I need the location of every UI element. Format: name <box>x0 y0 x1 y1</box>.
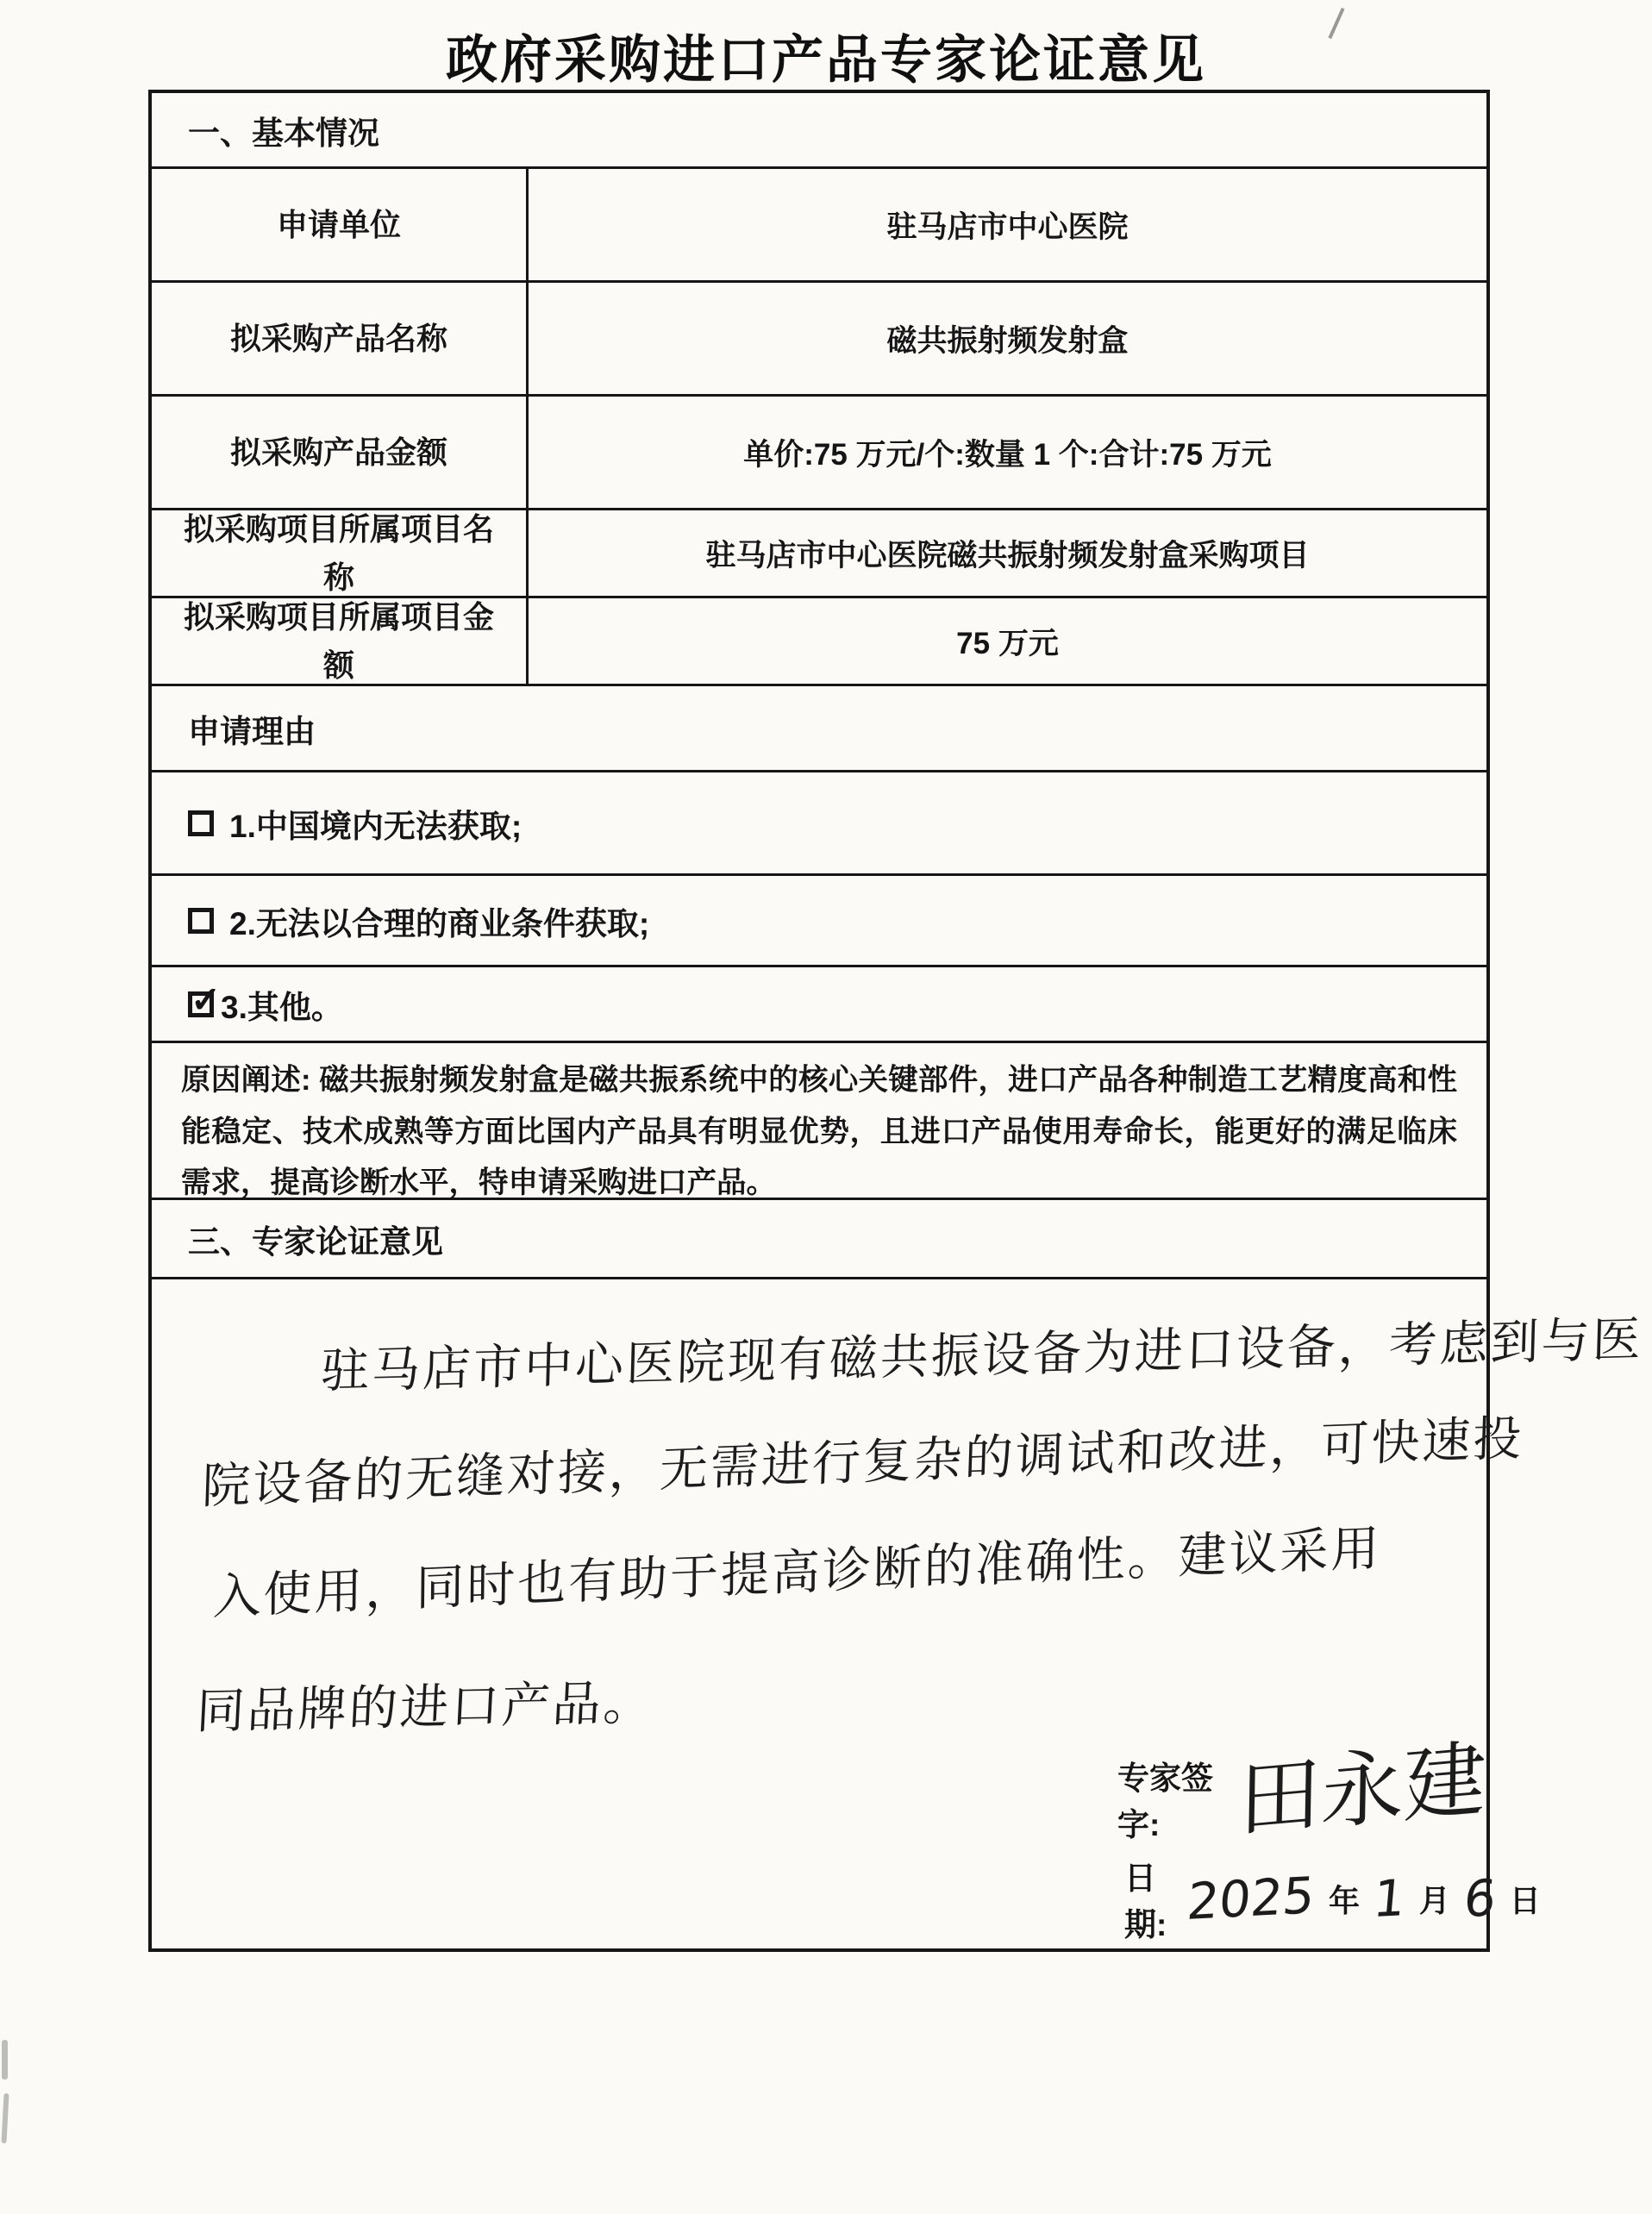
date-label: 日期: <box>1124 1852 1167 1945</box>
page-title: 政府采购进口产品专家论证意见 <box>0 19 1652 93</box>
project-name-label: 拟采购项目所属项目名称 <box>152 510 529 596</box>
table-row-project-name: 拟采购项目所属项目名称 驻马店市中心医院磁共振射频发射盒采购项目 <box>152 510 1486 598</box>
product-amount-label: 拟采购产品金额 <box>152 397 529 508</box>
date-day-unit: 日 <box>1510 1877 1541 1921</box>
product-name-value: 磁共振射频发射盒 <box>529 283 1486 394</box>
project-amount-value: 75 万元 <box>529 598 1486 684</box>
table-row-applicant: 申请单位 驻马店市中心医院 <box>152 169 1486 283</box>
applicant-label: 申请单位 <box>152 169 529 280</box>
date-month-unit: 月 <box>1419 1877 1450 1921</box>
expert-opinion-area: 驻马店市中心医院现有磁共振设备为进口设备，考虑到与医 院设备的无缝对接，无需进行… <box>152 1279 1486 1948</box>
section-header-apply-reason: 申请理由 <box>152 686 1486 772</box>
reason-statement-text: 原因阐述: 磁共振射频发射盒是磁共振系统中的核心关键部件，进口产品各种制造工艺精… <box>152 1043 1486 1198</box>
project-name-value: 驻马店市中心医院磁共振射频发射盒采购项目 <box>529 510 1486 596</box>
table-row-project-amount: 拟采购项目所属项目金额 75 万元 <box>152 598 1486 686</box>
date-day-handwritten: 6 <box>1461 1868 1499 1929</box>
reason-option-2-label: 2.无法以合理的商业条件获取; <box>229 897 649 944</box>
table-row-product-amount: 拟采购产品金额 单价:75 万元/个:数量 1 个:合计:75 万元 <box>152 397 1486 510</box>
section-header-basic-info-label: 一、基本情况 <box>188 107 379 153</box>
checkbox-unchecked-icon <box>188 908 214 934</box>
expert-signature-handwritten: 田永建 <box>1237 1713 1486 1854</box>
scanned-document-page: 政府采购进口产品专家论证意见 一、基本情况 申请单位 驻马店市中心医院 拟采购产… <box>0 0 1652 2214</box>
signature-label: 专家签字: <box>1117 1752 1233 1845</box>
handwritten-opinion-line-1: 驻马店市中心医院现有磁共振设备为进口设备，考虑到与医 <box>320 1301 1644 1403</box>
handwritten-opinion-line-3: 入使用，同时也有助于提高诊断的准确性。建议采用 <box>212 1510 1382 1629</box>
date-year-handwritten: 2025 <box>1185 1866 1317 1931</box>
reason-option-1-label: 1.中国境内无法获取; <box>229 800 522 847</box>
checkbox-unchecked-icon <box>188 810 214 836</box>
checkbox-checked-icon: ✓ <box>188 991 214 1017</box>
date-month-handwritten: 1 <box>1371 1868 1408 1929</box>
reason-option-3: ✓ 3.其他。 <box>152 967 1486 1043</box>
procurement-form-table: 一、基本情况 申请单位 驻马店市中心医院 拟采购产品名称 磁共振射频发射盒 拟采… <box>148 90 1490 1952</box>
scan-artifact <box>2 2040 8 2080</box>
expert-opinion-header-label: 三、专家论证意见 <box>188 1216 443 1262</box>
product-amount-value: 单价:75 万元/个:数量 1 个:合计:75 万元 <box>529 397 1486 508</box>
product-name-label: 拟采购产品名称 <box>152 283 529 394</box>
signature-block: 专家签字: 田永建 <box>1117 1752 1486 1845</box>
section-header-expert-opinion: 三、专家论证意见 <box>152 1200 1486 1279</box>
applicant-value: 驻马店市中心医院 <box>529 169 1486 280</box>
date-block: 日期: 2025 年 1 月 6 日 <box>1124 1852 1546 1945</box>
check-icon: ✓ <box>191 982 221 1018</box>
reason-statement-row: 原因阐述: 磁共振射频发射盒是磁共振系统中的核心关键部件，进口产品各种制造工艺精… <box>152 1043 1486 1200</box>
handwritten-opinion-line-4: 同品牌的进口产品。 <box>195 1665 656 1742</box>
reason-option-3-label: 3.其他。 <box>221 981 343 1028</box>
project-amount-label: 拟采购项目所属项目金额 <box>152 598 529 684</box>
scan-artifact <box>1 2093 9 2143</box>
date-year-unit: 年 <box>1329 1877 1360 1921</box>
apply-reason-header-label: 申请理由 <box>188 705 316 752</box>
section-header-basic-info: 一、基本情况 <box>152 93 1486 169</box>
table-row-product-name: 拟采购产品名称 磁共振射频发射盒 <box>152 283 1486 397</box>
reason-option-1: 1.中国境内无法获取; <box>152 772 1486 876</box>
reason-option-2: 2.无法以合理的商业条件获取; <box>152 876 1486 967</box>
handwritten-opinion-line-2: 院设备的无缝对接，无需进行复杂的调试和改进，可快速投 <box>201 1400 1525 1517</box>
